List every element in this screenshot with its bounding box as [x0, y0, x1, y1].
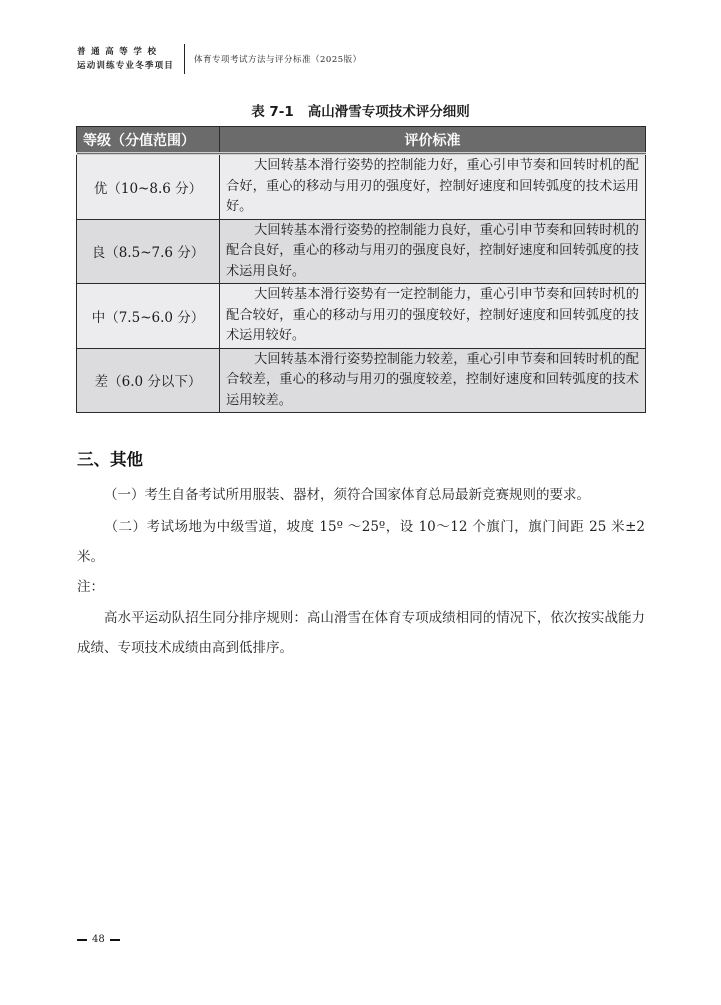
paragraph-item-1: （一）考生自备考试所用服装、器材，须符合国家体育总局最新竞赛规则的要求。: [77, 480, 645, 510]
table-caption-title: 高山滑雪专项技术评分细则: [308, 104, 470, 120]
table-caption-number: 表 7-1: [251, 104, 294, 120]
table-row: 差（6.0 分以下） 大回转基本滑行姿势控制能力较差，重心引申节奏和回转时机的配…: [77, 348, 646, 413]
grade-table: 等级（分值范围） 评价标准 优（10~8.6 分） 大回转基本滑行姿势的控制能力…: [76, 126, 646, 413]
note-text: 高水平运动队招生同分排序规则：高山滑雪在体育专项成绩相同的情况下，依次按实战能力…: [77, 610, 645, 656]
table-row: 优（10~8.6 分） 大回转基本滑行姿势的控制能力好，重心引申节奏和回转时机的…: [77, 154, 646, 220]
running-head-line2: 运动训练专业冬季项目: [77, 59, 174, 73]
table-header-row: 等级（分值范围） 评价标准: [77, 127, 646, 154]
paragraph-item-2: （二）考试场地为中级雪道，坡度 15º ～25º，设 10～12 个旗门，旗门间…: [77, 512, 645, 572]
header-grade: 等级（分值范围）: [77, 127, 220, 154]
table-row: 中（7.5~6.0 分） 大回转基本滑行姿势有一定控制能力，重心引申节奏和回转时…: [77, 284, 646, 349]
paragraph-text: （二）考试场地为中级雪道，坡度 15º ～25º，设 10～12 个旗门，旗门间…: [77, 519, 645, 565]
criteria-cell: 大回转基本滑行姿势的控制能力良好，重心引申节奏和回转时机的配合良好，重心的移动与…: [220, 219, 646, 284]
paragraph-text: （一）考生自备考试所用服装、器材，须符合国家体育总局最新竞赛规则的要求。: [104, 487, 590, 503]
table-caption: 表 7-1高山滑雪专项技术评分细则: [0, 100, 721, 120]
page-number-value: 48: [92, 934, 105, 945]
running-head-line1: 普通高等学校: [77, 45, 174, 59]
criteria-cell: 大回转基本滑行姿势的控制能力好，重心引申节奏和回转时机的配合好，重心的移动与用刃…: [220, 154, 646, 220]
page-dash-left: [77, 939, 87, 941]
criteria-text: 大回转基本滑行姿势有一定控制能力，重心引申节奏和回转时机的配合较好，重心的移动与…: [226, 287, 639, 343]
running-head-left: 普通高等学校 运动训练专业冬季项目: [77, 45, 174, 73]
grade-cell: 中（7.5~6.0 分）: [77, 284, 220, 349]
running-head-title: 体育专项考试方法与评分标准（2025版）: [194, 53, 362, 65]
criteria-cell: 大回转基本滑行姿势控制能力较差，重心引申节奏和回转时机的配合较差，重心的移动与用…: [220, 348, 646, 413]
running-head: 普通高等学校 运动训练专业冬季项目 体育专项考试方法与评分标准（2025版）: [77, 44, 362, 74]
criteria-cell: 大回转基本滑行姿势有一定控制能力，重心引申节奏和回转时机的配合较好，重心的移动与…: [220, 284, 646, 349]
criteria-text: 大回转基本滑行姿势的控制能力良好，重心引申节奏和回转时机的配合良好，重心的移动与…: [226, 223, 639, 279]
table-row: 良（8.5~7.6 分） 大回转基本滑行姿势的控制能力良好，重心引申节奏和回转时…: [77, 219, 646, 284]
section-title: 三、其他: [77, 446, 143, 470]
header-criteria: 评价标准: [220, 127, 646, 154]
running-head-divider: [184, 44, 185, 74]
note-label: 注：: [77, 572, 645, 602]
page-number: 48: [77, 934, 120, 945]
note-paragraph: 高水平运动队招生同分排序规则：高山滑雪在体育专项成绩相同的情况下，依次按实战能力…: [77, 603, 645, 663]
criteria-text: 大回转基本滑行姿势控制能力较差，重心引申节奏和回转时机的配合较差，重心的移动与用…: [226, 352, 639, 408]
page-dash-right: [110, 939, 120, 941]
grade-cell: 优（10~8.6 分）: [77, 154, 220, 220]
grade-cell: 良（8.5~7.6 分）: [77, 219, 220, 284]
grade-cell: 差（6.0 分以下）: [77, 348, 220, 413]
criteria-text: 大回转基本滑行姿势的控制能力好，重心引申节奏和回转时机的配合好，重心的移动与用刃…: [226, 158, 639, 214]
